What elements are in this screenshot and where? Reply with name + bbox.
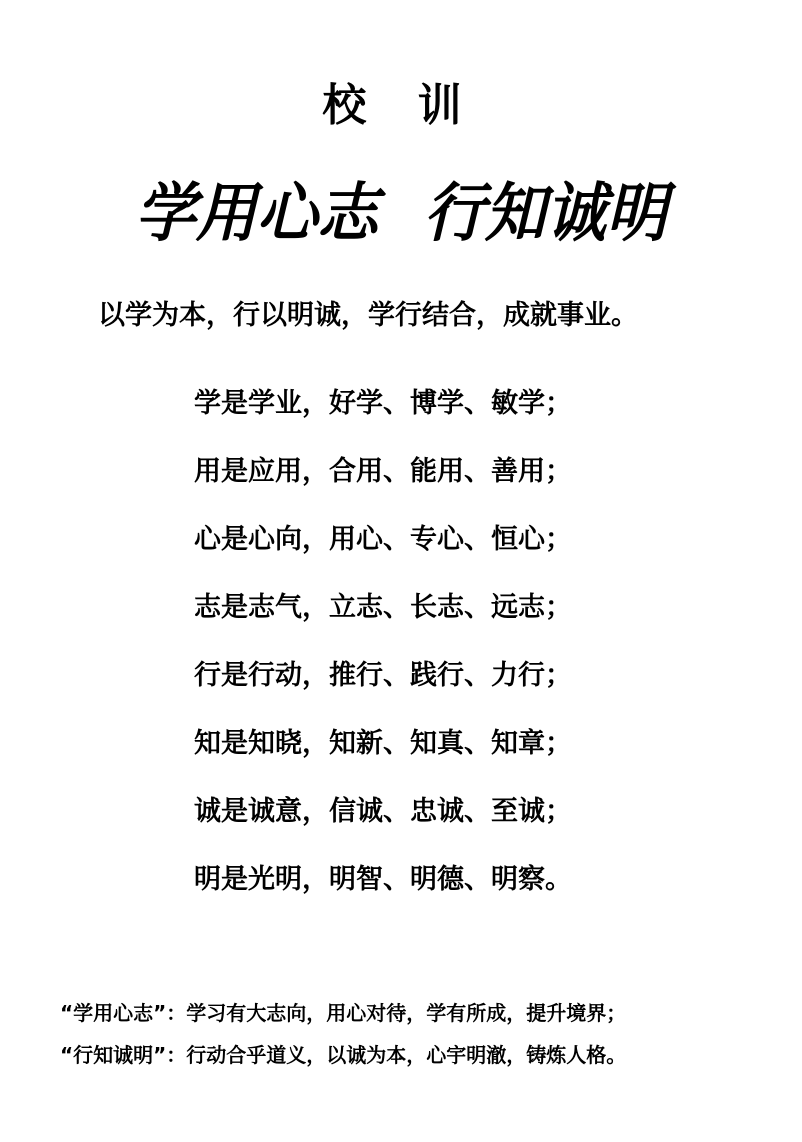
footnote-line: “学用心志”：学习有大志向，用心对待，学有所成，提升境界； [60, 998, 626, 1028]
footnote-line: “行知诚明”：行动合乎道义，以诚为本，心宇明澈，铸炼人格。 [60, 1040, 626, 1070]
explanation-line: 心是心向，用心、专心、恒心； [194, 520, 572, 560]
page-title: 校 训 [0, 78, 802, 134]
motto-calligraphy: 学用心志行知诚明 [20, 172, 782, 256]
character-explanations: 学是学业，好学、博学、敏学； 用是应用，合用、能用、善用； 心是心向，用心、专心… [194, 384, 572, 928]
explanation-line: 明是光明，明智、明德、明察。 [194, 860, 572, 900]
school-motto-page: 校 训 学用心志行知诚明 以学为本，行以明诚，学行结合，成就事业。 学是学业，好… [0, 0, 802, 1142]
motto-part-2: 行知诚明 [424, 176, 667, 251]
explanation-line: 用是应用，合用、能用、善用； [194, 452, 572, 492]
explanation-line: 志是志气，立志、长志、远志； [194, 588, 572, 628]
explanation-line: 诚是诚意，信诚、忠诚、至诚； [194, 792, 572, 832]
motto-part-1: 学用心志 [135, 176, 378, 251]
footnotes: “学用心志”：学习有大志向，用心对待，学有所成，提升境界； “行知诚明”：行动合… [60, 998, 626, 1082]
motto-summary: 以学为本，行以明诚，学行结合，成就事业。 [98, 296, 638, 336]
explanation-line: 知是知晓，知新、知真、知章； [194, 724, 572, 764]
explanation-line: 行是行动，推行、践行、力行； [194, 656, 572, 696]
explanation-line: 学是学业，好学、博学、敏学； [194, 384, 572, 424]
